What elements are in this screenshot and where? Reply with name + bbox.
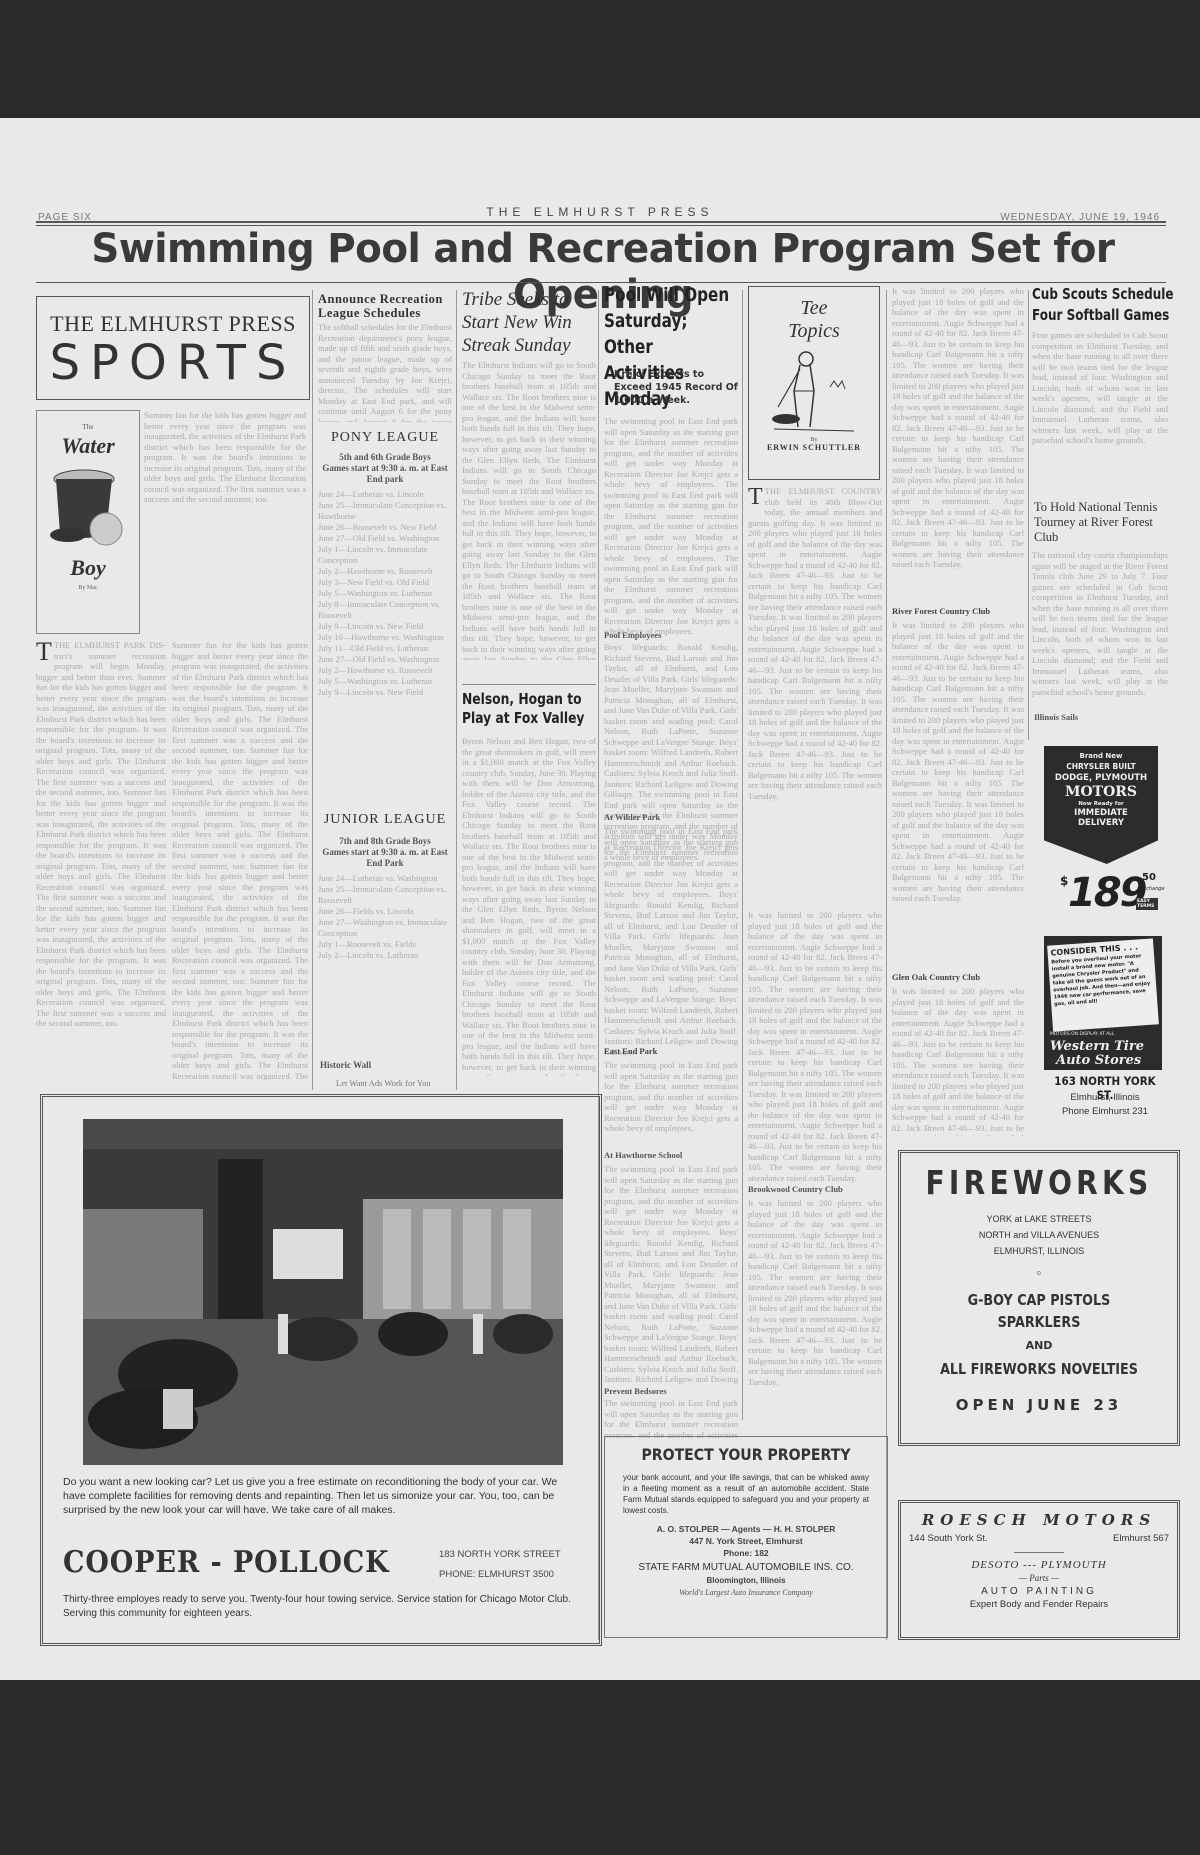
schedule-row: July 1—Roosevelt vs. Fields bbox=[318, 939, 452, 950]
east-end-subhead: East End Park bbox=[604, 1046, 657, 1056]
price-value: 189 bbox=[1068, 870, 1146, 916]
golfer-icon bbox=[764, 347, 864, 437]
schedule-row: June 25—Immaculate Conception vs. Hawtho… bbox=[318, 500, 452, 522]
state-farm-address: 447 N. York Street, Elmhurst bbox=[605, 1536, 887, 1546]
tee-topics-title-2: Topics bbox=[749, 320, 879, 343]
schedule-row: June 27—Old Field vs. Washington bbox=[318, 654, 452, 665]
tee-topics-title: Tee bbox=[749, 297, 879, 320]
glen-oak-body: It was limited to 200 players who played… bbox=[892, 986, 1024, 1136]
water-boy-sidebar-text: Summer fun for the kids has gotten bigge… bbox=[144, 410, 306, 635]
river-forest-subhead: River Forest Country Club bbox=[892, 606, 990, 616]
tee-topics-logo: Tee Topics By ERWIN SCHUTTLER bbox=[748, 286, 880, 480]
water-boy-title: Water bbox=[37, 433, 139, 459]
river-forest-body: It was limited to 200 players who played… bbox=[892, 620, 1024, 1000]
consider-this-body: Before you overhaul your motor install a… bbox=[1051, 953, 1154, 1009]
pool-employees-subhead: Pool Employees bbox=[604, 630, 661, 640]
cooper-pollock-ad[interactable]: Do you want a new looking car? Let us gi… bbox=[40, 1094, 602, 1646]
roesch-contact-row: 144 South York St. Elmhurst 567 bbox=[901, 1533, 1177, 1544]
recreation-body: The softball schedules for the Elmhurst … bbox=[318, 322, 452, 422]
water-boy-lead-text: TTHE ELMHURST PARK DIS-trict's summer re… bbox=[36, 640, 166, 1080]
schedule-row: July 5—Washington vs. Lutheran bbox=[318, 588, 452, 599]
nelson-hogan-headline: Nelson, Hogan to Play at Fox Valley bbox=[462, 690, 593, 728]
schedule-row: July 1—Lincoln vs. Immaculate Conception bbox=[318, 544, 452, 566]
pony-league-schedule: PONY LEAGUE 5th and 6th Grade Boys Games… bbox=[318, 430, 452, 698]
fireworks-title: FIREWORKS bbox=[922, 1163, 1157, 1202]
cooper-pollock-phone: PHONE: ELMHURST 3500 bbox=[439, 1569, 554, 1580]
column-rule bbox=[312, 290, 313, 1090]
state-farm-city: Bloomington, Illinois bbox=[605, 1576, 887, 1585]
schedule-row: July 10—Hawthorne vs. Washington bbox=[318, 632, 452, 643]
east-end-body: The swimming pool in East End park will … bbox=[604, 1060, 738, 1150]
water-boy-continued-text: Summer fun for the kids has gotten bigge… bbox=[172, 640, 308, 1080]
want-ads-filler: Let Want Ads Work for You bbox=[336, 1078, 431, 1088]
schedule-row: July 3—New Field vs. Old Field bbox=[318, 577, 452, 588]
bedsores-body: The swimming pool in East End park will … bbox=[604, 1398, 738, 1438]
nelson-hogan-body: Byron Nelson and Ben Hogan, two of the g… bbox=[462, 736, 596, 1076]
state-farm-body: your bank account, and your life savings… bbox=[605, 1472, 887, 1516]
consider-this-panel: CONSIDER THIS . . . Before you overhaul … bbox=[1044, 936, 1162, 1070]
schedule-row: July 8—Immaculate Conception vs. Rooseve… bbox=[318, 599, 452, 621]
western-tire-phone: Phone Elmhurst 231 bbox=[1040, 1106, 1170, 1117]
roesch-phone: Elmhurst 567 bbox=[1113, 1533, 1169, 1544]
open-date: OPEN JUNE 23 bbox=[901, 1396, 1177, 1414]
junior-league-title: JUNIOR LEAGUE bbox=[318, 812, 452, 828]
hawthorne-body: The swimming pool in East End park will … bbox=[604, 1164, 738, 1384]
fireworks-ad[interactable]: FIREWORKS YORK at LAKE STREETS NORTH and… bbox=[898, 1150, 1180, 1446]
exchange-label: Exchange bbox=[1140, 886, 1165, 892]
historic-wall-subhead: Historic Wall bbox=[320, 1060, 371, 1070]
roesch-motors-ad[interactable]: ROESCH MOTORS 144 South York St. Elmhurs… bbox=[898, 1500, 1180, 1640]
schedule-row: June 24—Lutheran vs. Lincoln bbox=[318, 489, 452, 500]
chrysler-arrow-banner: Brand New CHRYSLER BUILT DODGE, PLYMOUTH… bbox=[1044, 746, 1158, 864]
cooper-pollock-footer: Thirty-three employes ready to serve you… bbox=[63, 1593, 575, 1621]
sports-title: SPORTS bbox=[37, 335, 309, 391]
pony-league-time: Games start at 9:30 a. m. at East End pa… bbox=[318, 463, 452, 485]
schedule-row: July 5—Washington vs. Lutheran bbox=[318, 676, 452, 687]
tee-topics-author: ERWIN SCHUTTLER bbox=[749, 443, 879, 452]
fireworks-location-3: ELMHURST, ILLINOIS bbox=[901, 1246, 1177, 1256]
masthead-rule bbox=[36, 221, 1166, 223]
display-label: MOTORS ON DISPLAY AT ALL bbox=[1050, 1032, 1114, 1037]
cub-scouts-headline: Cub Scouts Schedule Four Softball Games bbox=[1032, 284, 1192, 326]
fireworks-location-1: YORK at LAKE STREETS bbox=[901, 1214, 1177, 1224]
pool-subhead: Krejci Expects to Exceed 1945 Record Of … bbox=[614, 368, 740, 407]
state-farm-ad[interactable]: PROTECT YOUR PROPERTY your bank account,… bbox=[604, 1436, 888, 1638]
sparklers-item: SPARKLERS bbox=[922, 1313, 1157, 1331]
roesch-title: ROESCH MOTORS bbox=[901, 1511, 1177, 1529]
chrysler-built-label: CHRYSLER BUILT bbox=[1044, 762, 1158, 771]
tribe-body: The Elmhurst Indians will go to South Ch… bbox=[462, 360, 596, 660]
tennis-headline: To Hold National Tennis Tourney at River… bbox=[1034, 500, 1170, 545]
junior-league-games: June 24—Lutheran vs. Washington June 25—… bbox=[318, 873, 452, 961]
now-ready-label: Now Ready for bbox=[1044, 801, 1158, 807]
western-tire-city: Elmhurst, Illinois bbox=[1040, 1092, 1170, 1103]
cooper-pollock-address: 183 NORTH YORK STREET bbox=[439, 1549, 561, 1560]
auto-stores-logo: Auto Stores bbox=[1056, 1053, 1141, 1068]
roesch-repairs: Expert Body and Fender Repairs bbox=[901, 1599, 1177, 1610]
dodge-plymouth-label: DODGE, PLYMOUTH bbox=[1044, 773, 1158, 783]
pony-league-title: PONY LEAGUE bbox=[318, 430, 452, 446]
price-cents: 50 bbox=[1142, 872, 1156, 883]
state-farm-tagline: World's Largest Auto Insurance Company bbox=[605, 1588, 887, 1597]
glen-oak-subhead: Glen Oak Country Club bbox=[892, 972, 980, 982]
illinois-sails-subhead: Illinois Sails bbox=[1034, 712, 1078, 722]
junior-league-grade: 7th and 8th Grade Boys bbox=[318, 836, 452, 847]
schedule-row: June 27—Washington vs. Immaculate Concep… bbox=[318, 917, 452, 939]
state-farm-phone: Phone: 182 bbox=[605, 1548, 887, 1558]
cooper-pollock-intro: Do you want a new looking car? Let us gi… bbox=[63, 1475, 575, 1517]
water-boy-title-2: Boy bbox=[37, 555, 139, 581]
schedule-row: July 9—Lincoln vs. New Field bbox=[318, 621, 452, 632]
banner-rule bbox=[36, 282, 1166, 283]
hawthorne-subhead: At Hawthorne School bbox=[604, 1150, 682, 1160]
water-boy-the: The bbox=[37, 423, 139, 431]
junior-league-time: Games start at 9:30 a. m. at East End Pa… bbox=[318, 847, 452, 869]
schedule-row: June 27—Old Field vs. Washington bbox=[318, 533, 452, 544]
schedule-row: June 24—Lutheran vs. Washington bbox=[318, 873, 452, 884]
schedule-row: July 9—Lincoln vs. New Field bbox=[318, 687, 452, 698]
water-boy-byline: By Mac bbox=[37, 585, 139, 591]
wilder-park-body: The swimming pool in East End park will … bbox=[604, 826, 738, 1056]
schedule-row: July 2—Hawthorne vs. Roosevelt bbox=[318, 665, 452, 676]
cap-pistols-item: G-BOY CAP PISTOLS bbox=[922, 1291, 1157, 1309]
state-farm-agents: A. O. STOLPER — Agents — H. H. STOLPER bbox=[605, 1524, 887, 1534]
tribe-headline: Tribe Seeks to Start New Win Streak Sund… bbox=[462, 288, 596, 357]
tee-topics-continued: It was limited to 200 players who played… bbox=[892, 286, 1024, 586]
column-rule bbox=[1028, 290, 1029, 740]
tee-topics-body: TTHE ELMHURST COUNTRY club held its 46th… bbox=[748, 486, 882, 906]
fireworks-divider: o bbox=[901, 1270, 1177, 1277]
garage-interior-image bbox=[83, 1119, 563, 1465]
recreation-headline: Announce Recreation League Schedules bbox=[318, 292, 452, 320]
sports-section-box: THE ELMHURST PRESS SPORTS bbox=[36, 296, 310, 400]
fireworks-location-2: NORTH and VILLA AVENUES bbox=[901, 1230, 1177, 1240]
water-boy-logo: The Water Boy By Mac bbox=[36, 410, 140, 634]
sports-paper-name: THE ELMHURST PRESS bbox=[37, 311, 309, 337]
protect-property-title: PROTECT YOUR PROPERTY bbox=[622, 1445, 870, 1464]
brookwood-subhead: Brookwood Country Club bbox=[748, 1184, 843, 1194]
roesch-painting: AUTO PAINTING bbox=[901, 1586, 1177, 1597]
pony-league-games: June 24—Lutheran vs. Lincoln June 25—Imm… bbox=[318, 489, 452, 698]
bedsores-subhead: Prevent Bedsores bbox=[604, 1386, 667, 1396]
brookwood-body: It was limited to 200 players who played… bbox=[748, 1198, 882, 1428]
pool-body: The swimming pool in East End park will … bbox=[604, 416, 738, 646]
wilder-park-subhead: At Wilder Park bbox=[604, 812, 660, 822]
delivery-label: DELIVERY bbox=[1044, 818, 1158, 828]
state-farm-company: STATE FARM MUTUAL AUTOMOBILE INS. CO. bbox=[605, 1562, 887, 1573]
cub-scouts-body: Four games are scheduled in Cub Scout co… bbox=[1032, 330, 1168, 480]
column-rule bbox=[742, 290, 743, 1420]
easy-terms-label: EASY TERMS bbox=[1136, 898, 1158, 910]
schedule-row: June 26—Roosevelt vs. New Field bbox=[318, 522, 452, 533]
brand-new-label: Brand New bbox=[1044, 752, 1158, 760]
schedule-row: July 11—Old Field vs. Lutheran bbox=[318, 643, 452, 654]
bucket-icon bbox=[48, 463, 128, 553]
western-tire-logo: Western Tire bbox=[1050, 1039, 1144, 1054]
novelties-item: ALL FIREWORKS NOVELTIES bbox=[922, 1360, 1157, 1378]
roesch-divider bbox=[1014, 1552, 1064, 1553]
roesch-brands: DESOTO --- PLYMOUTH bbox=[901, 1559, 1177, 1571]
junior-league-schedule: JUNIOR LEAGUE 7th and 8th Grade Boys Gam… bbox=[318, 812, 452, 961]
column-rule bbox=[456, 290, 457, 1090]
schedule-row: June 26—Fields vs. Lincoln bbox=[318, 906, 452, 917]
roesch-address: 144 South York St. bbox=[909, 1533, 988, 1544]
garage-photo bbox=[83, 1119, 563, 1465]
schedule-row: June 25—Immaculate Conception vs. Roosev… bbox=[318, 884, 452, 906]
cooper-pollock-name: COOPER - POLLOCK bbox=[63, 1545, 390, 1580]
consider-this-note: CONSIDER THIS . . . Before you overhaul … bbox=[1047, 938, 1159, 1031]
pony-league-grade: 5th and 6th Grade Boys bbox=[318, 452, 452, 463]
price-burst: $ 189 50 Exchange EASY TERMS bbox=[1044, 866, 1158, 932]
and-label: AND bbox=[901, 1339, 1177, 1352]
schedule-row: July 2—Hawthorne vs. Roosevelt bbox=[318, 566, 452, 577]
motors-label: MOTORS bbox=[1044, 784, 1158, 800]
roesch-parts: — Parts — bbox=[901, 1573, 1177, 1583]
story-divider bbox=[462, 684, 596, 685]
tennis-body: The national clay courts championships a… bbox=[1032, 550, 1168, 710]
immediate-label: IMMEDIATE bbox=[1044, 808, 1158, 818]
western-tire-ad[interactable]: Brand New CHRYSLER BUILT DODGE, PLYMOUTH… bbox=[1040, 740, 1170, 1140]
schedule-row: July 2—Lincoln vs. Lutheran bbox=[318, 950, 452, 961]
